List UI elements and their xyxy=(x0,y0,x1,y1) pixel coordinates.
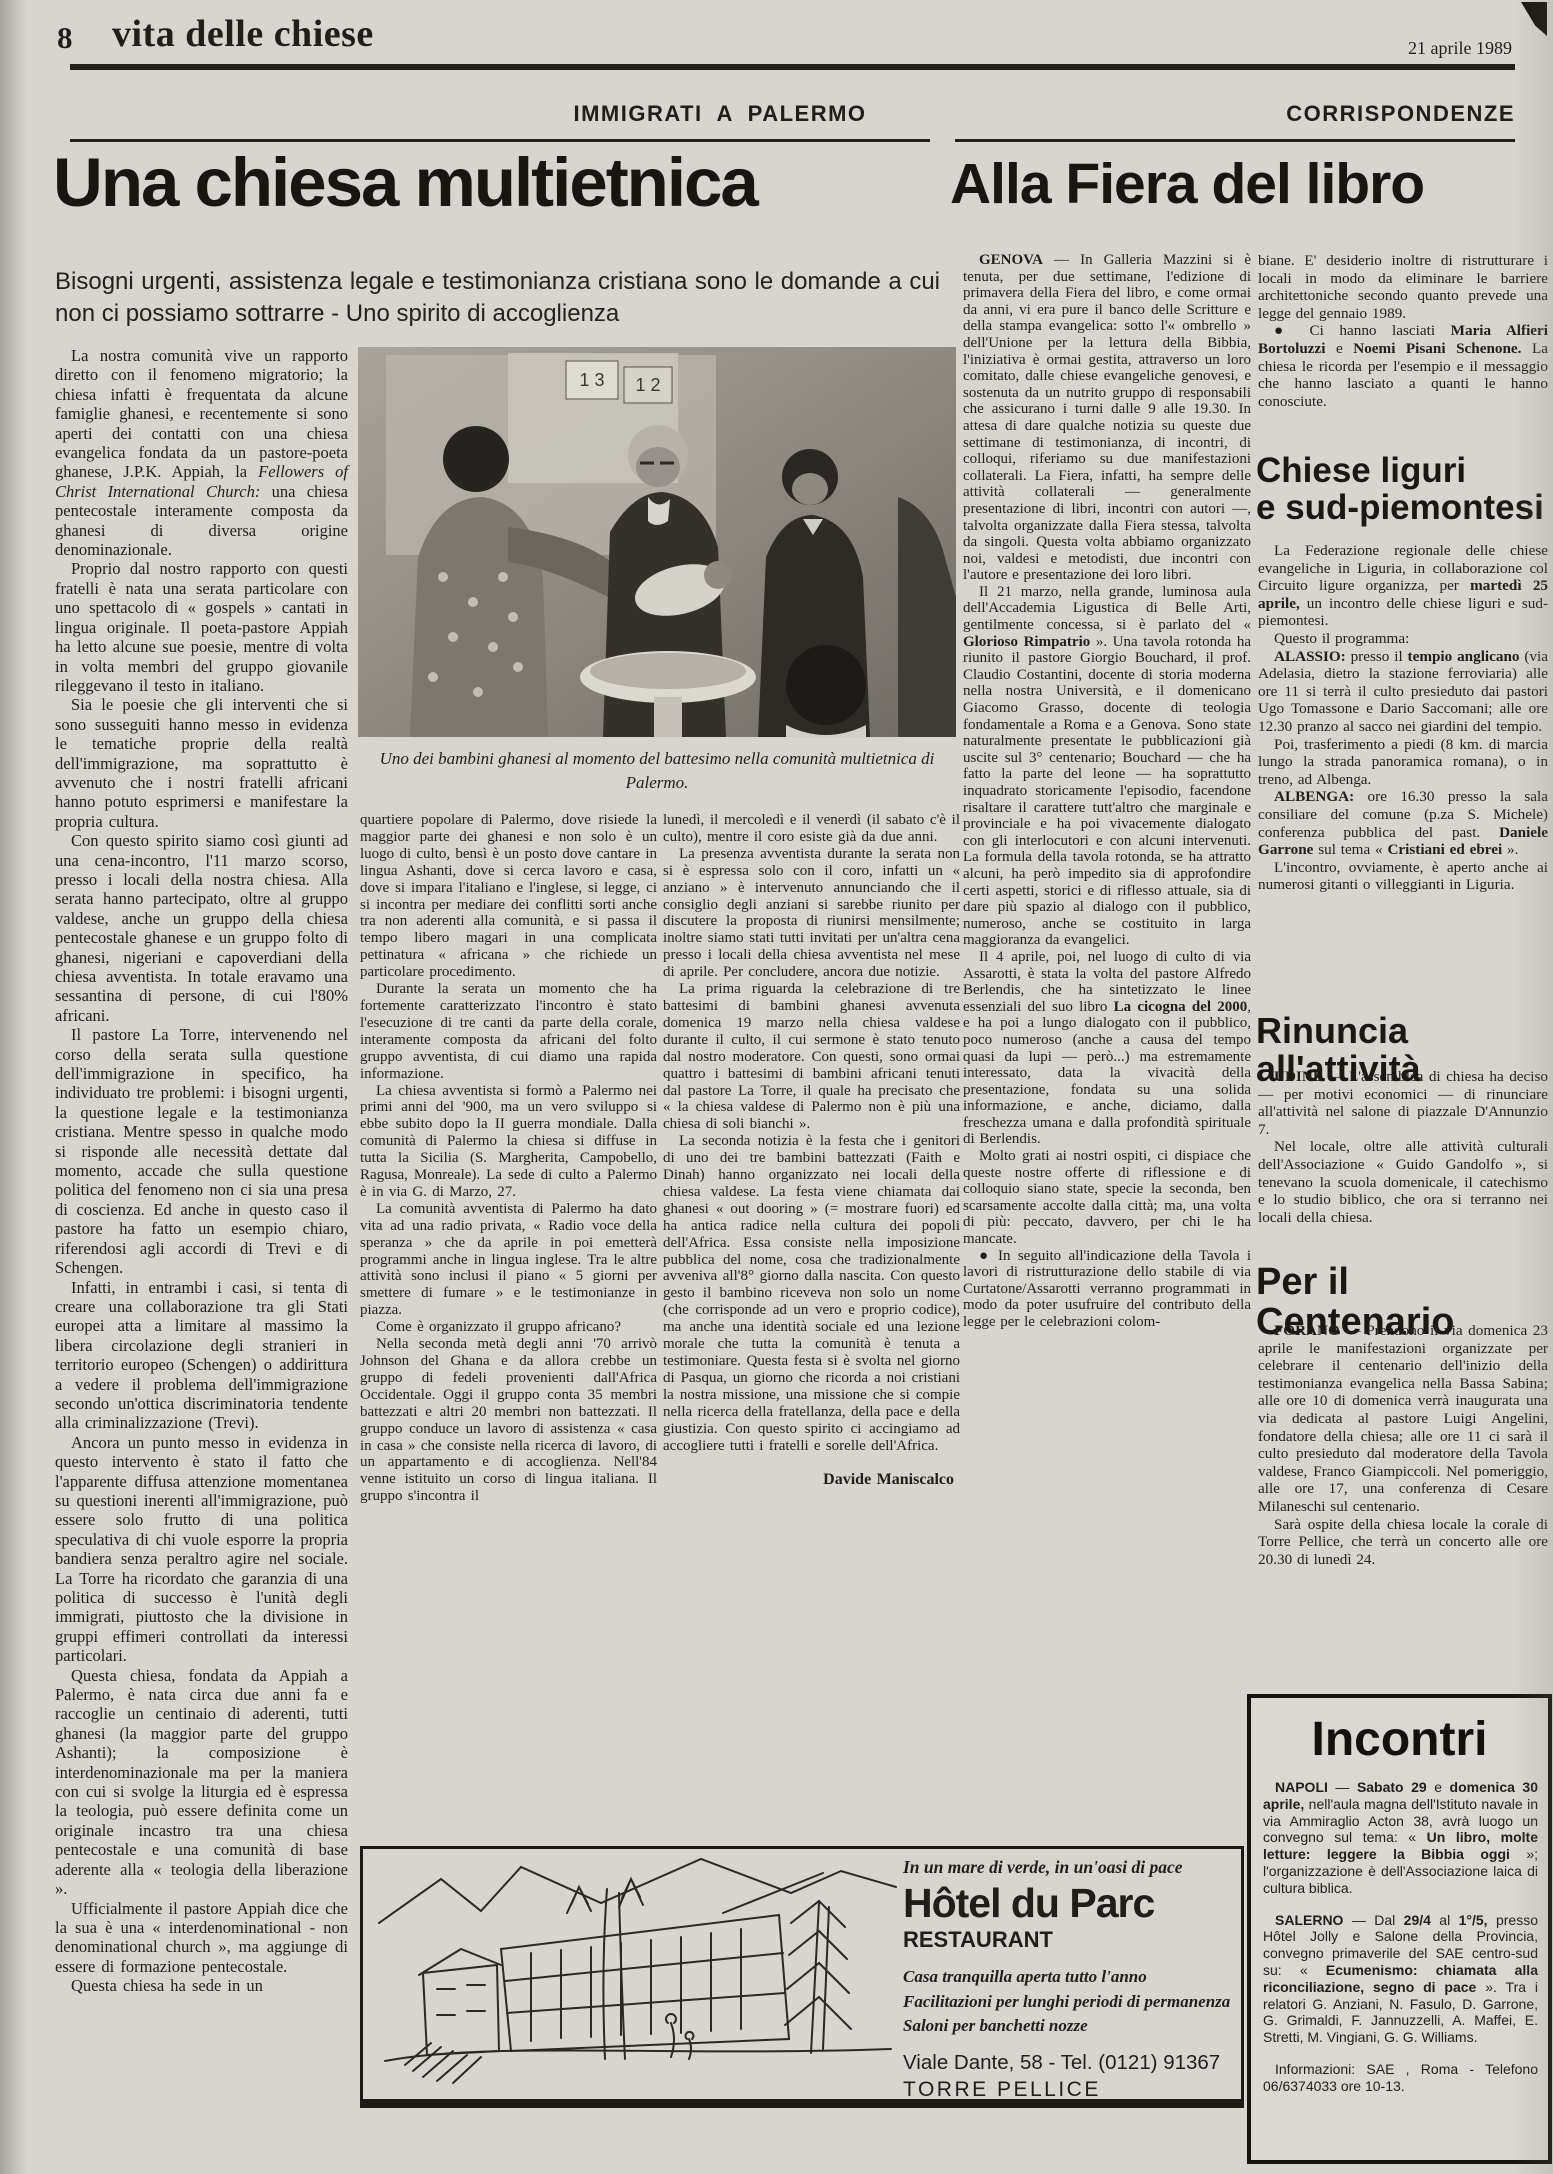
fiera-column-1: GENOVA — In Galleria Mazzini si è tenuta… xyxy=(963,252,1251,1331)
drawing-annex xyxy=(423,1965,499,2055)
kicker-rule-right xyxy=(955,139,1515,142)
photo-frame-2-numbers: 1 2 xyxy=(635,375,660,395)
drawing-tall-tree-trunk xyxy=(811,1903,829,2053)
page-number: 8 xyxy=(57,20,73,56)
paragraph: La prima riguarda la celebrazione di tre… xyxy=(663,981,960,1133)
paragraph: GENOVA — In Galleria Mazzini si è tenuta… xyxy=(963,252,1251,584)
scan-corner-mark xyxy=(1521,2,1547,36)
paragraph: Infatti, in entrambi i casi, si tenta di… xyxy=(55,1278,348,1433)
drawing-hotel-building xyxy=(501,1915,789,2051)
ad-hotel-name: Hôtel du Parc xyxy=(903,1882,1233,1925)
paragraph: Sia le poesie che gli interventi che si … xyxy=(55,695,348,831)
ad-feature-line: Casa tranquilla aperta tutto l'anno xyxy=(903,1965,1233,1990)
subhead-multietnica: Bisogni urgenti, assistenza legale e tes… xyxy=(55,266,940,330)
hotel-ad-text: In un mare di verde, in un'oasi di pace … xyxy=(903,1857,1233,2102)
drawing-wire xyxy=(723,1873,823,1913)
incontri-box: Incontri NAPOLI — Sabato 29 e domenica 3… xyxy=(1247,1694,1552,2164)
paragraph: Proprio dal nostro rapporto con questi f… xyxy=(55,559,348,695)
section-body-rinuncia: UDINE — L'assemblea di chiesa ha deciso … xyxy=(1258,1068,1548,1226)
paragraph: La seconda notizia è la festa che i geni… xyxy=(663,1133,960,1454)
section-title-liguri-line2: e sud-piemontesi xyxy=(1256,489,1544,526)
section-title-liguri: Chiese liguri e sud-piemontesi xyxy=(1256,452,1544,526)
paragraph: Informazioni: SAE , Roma - Telefono 06/6… xyxy=(1263,2061,1538,2095)
paragraph: Il pastore La Torre, intervenendo nel co… xyxy=(55,1025,348,1277)
ad-address: Viale Dante, 58 - Tel. (0121) 91367 xyxy=(903,2051,1233,2075)
hotel-drawing xyxy=(371,1853,901,2091)
photo-pastor-face xyxy=(636,447,680,487)
paragraph: Poi, trasferimento a piedi (8 km. di mar… xyxy=(1258,736,1548,789)
paragraph: Questo il programma: xyxy=(1258,630,1548,648)
section-body-liguri: La Federazione regionale delle chiese ev… xyxy=(1258,542,1548,894)
photo-font-stem xyxy=(654,697,682,737)
photo-frame-1-numbers: 1 3 xyxy=(579,370,604,390)
incontri-title: Incontri xyxy=(1251,1712,1548,1767)
hotel-ad: In un mare di verde, in un'oasi di pace … xyxy=(360,1846,1244,2108)
paragraph: La Federazione regionale delle chiese ev… xyxy=(1258,542,1548,630)
paragraph: Ufficialmente il pastore Appiah dice che… xyxy=(55,1899,348,1977)
paragraph: Questa chiesa ha sede in un xyxy=(55,1976,348,1995)
issue-date: 21 aprile 1989 xyxy=(1280,38,1512,59)
paragraph: La chiesa avventista si formò a Palermo … xyxy=(360,1083,657,1201)
kicker-left: IMMIGRATI A PALERMO xyxy=(440,101,1000,127)
paragraph: Ancora un punto messo in evidenza in que… xyxy=(55,1433,348,1666)
paragraph: Questa chiesa, fondata da Appiah a Paler… xyxy=(55,1666,348,1899)
ad-feature-lines: Casa tranquilla aperta tutto l'annoFacil… xyxy=(903,1965,1233,2039)
paragraph: Nella seconda metà degli anni '70 arrivò… xyxy=(360,1336,657,1505)
paragraph: Sarà ospite della chiesa locale la coral… xyxy=(1258,1516,1548,1569)
article-column-c: lunedì, il mercoledì e il venerdì (il sa… xyxy=(663,812,960,1489)
ad-city: TORRE PELLICE xyxy=(903,2078,1233,2102)
paragraph: L'incontro, ovviamente, è aperto anche a… xyxy=(1258,859,1548,894)
paragraph: Il 21 marzo, nella grande, luminosa aula… xyxy=(963,584,1251,949)
paragraph: Nel locale, oltre alle attività cultural… xyxy=(1258,1138,1548,1226)
article-column-a: La nostra comunità vive un rapporto dire… xyxy=(55,346,348,1996)
paragraph: NAPOLI — Sabato 29 e domenica 30 aprile,… xyxy=(1263,1779,1538,1897)
paragraph: La presenza avventista durante la serata… xyxy=(663,846,960,981)
ad-restaurant-label: RESTAURANT xyxy=(903,1927,1233,1953)
photo-man-face xyxy=(792,473,828,505)
headline-fiera: Alla Fiera del libro xyxy=(950,156,1424,213)
paragraph: lunedì, il mercoledì e il venerdì (il sa… xyxy=(663,812,960,846)
paragraph: ALASSIO: presso il tempio anglicano (via… xyxy=(1258,648,1548,736)
paragraph: Come è organizzato il gruppo africano? xyxy=(360,1319,657,1336)
paragraph: Molto grati ai nostri ospiti, ci dispiac… xyxy=(963,1148,1251,1248)
paragraph: ● Ci hanno lasciati Maria Alfieri Bortol… xyxy=(1258,322,1548,410)
paragraph: ALBENGA: ore 16.30 presso la sala consil… xyxy=(1258,788,1548,858)
ad-feature-line: Saloni per banchetti nozze xyxy=(903,2014,1233,2039)
photo-font-water xyxy=(590,653,746,689)
paragraph: UDINE — L'assemblea di chiesa ha deciso … xyxy=(1258,1068,1548,1138)
article-column-b: quartiere popolare di Palermo, dove risi… xyxy=(360,812,657,1505)
paragraph: Con questo spirito siamo così giunti ad … xyxy=(55,831,348,1025)
paragraph: SALERNO — Dal 29/4 al 1°/5, presso Hôtel… xyxy=(1263,1912,1538,2046)
newspaper-page: 8 vita delle chiese 21 aprile 1989 IMMIG… xyxy=(0,0,1553,2174)
baptism-photo-image: 1 3 1 2 xyxy=(358,347,956,737)
header-rule xyxy=(70,64,1515,70)
paragraph: quartiere popolare di Palermo, dove risi… xyxy=(360,812,657,981)
incontri-body: NAPOLI — Sabato 29 e domenica 30 aprile,… xyxy=(1251,1771,1548,2095)
masthead: vita delle chiese xyxy=(112,12,374,56)
paragraph: La comunità avventista di Palermo ha dat… xyxy=(360,1201,657,1319)
kicker-rule-left xyxy=(70,139,930,142)
ad-feature-line: Facilitazioni per lunghi periodi di perm… xyxy=(903,1990,1233,2015)
drawing-pine-roof-1 xyxy=(567,1887,591,1913)
fiera-column-2: biane. E' desiderio inoltre di ristruttu… xyxy=(1258,252,1548,410)
kicker-right: CORRISPONDENZE xyxy=(1150,101,1515,127)
section-body-centenario: FORANO — Prendono il via domenica 23 apr… xyxy=(1258,1322,1548,1568)
paragraph: ● In seguito all'indicazione della Tavol… xyxy=(963,1248,1251,1331)
photo-baby-head xyxy=(704,561,732,589)
drawing-hatching xyxy=(405,2043,481,2083)
photo-child-head xyxy=(786,645,866,725)
paragraph: Il 4 aprile, poi, nel luogo di culto di … xyxy=(963,949,1251,1148)
paragraph: FORANO — Prendono il via domenica 23 apr… xyxy=(1258,1322,1548,1516)
photo-woman-head xyxy=(443,426,509,492)
paragraph: Durante la serata un momento che ha fort… xyxy=(360,981,657,1082)
headline-multietnica: Una chiesa multietnica xyxy=(53,148,757,217)
drawing-figure-child xyxy=(686,2032,694,2059)
paragraph: biane. E' desiderio inoltre di ristruttu… xyxy=(1258,252,1548,322)
paragraph: La nostra comunità vive un rapporto dire… xyxy=(55,346,348,559)
ad-tagline: In un mare di verde, in un'oasi di pace xyxy=(903,1857,1233,1878)
section-title-liguri-line1: Chiese liguri xyxy=(1256,452,1544,489)
photo-caption: Uno dei bambini ghanesi al momento del b… xyxy=(368,747,946,795)
byline: Davide Maniscalco xyxy=(663,1472,960,1489)
baptism-photo: 1 3 1 2 xyxy=(358,347,956,737)
